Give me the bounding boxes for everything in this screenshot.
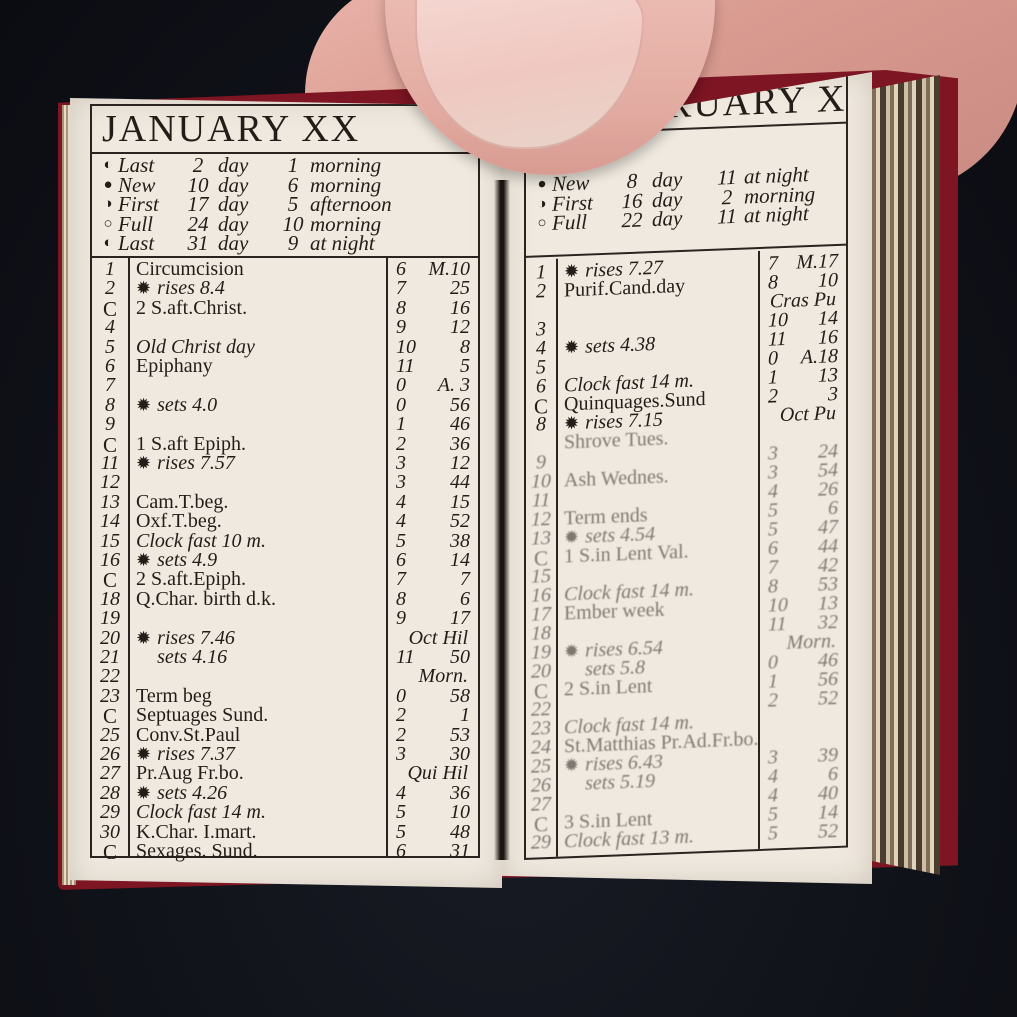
calendar-row: 18Q.Char. birth d.k.86 [92, 588, 478, 607]
calendar-row: 4912 [92, 316, 478, 335]
calendar-row: 14Oxf.T.beg.452 [92, 510, 478, 529]
sun-icon: ✹ [136, 453, 151, 473]
thumbnail [415, 0, 644, 149]
calendar-row: 23Term beg058 [92, 685, 478, 704]
phase-name: Full [552, 209, 612, 236]
calendar-row: 22Morn. [92, 665, 478, 684]
phase-hour: 9 [276, 231, 310, 256]
day-number: 29 [526, 831, 556, 855]
phase-day: 22 [612, 207, 652, 234]
calendar-row: 29Clock fast 14 m.510 [92, 801, 478, 820]
sun-icon: ✹ [136, 628, 151, 648]
calendar-row: 28✹sets 4.26436 [92, 782, 478, 801]
moon-hour: 5 [768, 822, 792, 846]
phase-day: 31 [178, 231, 218, 256]
full-moon-icon: ○ [532, 215, 552, 233]
moon-minute: 31 [450, 840, 470, 863]
january-moon-phases: ◐Last2day1morning●New10day6morning◑First… [92, 154, 478, 258]
sun-icon: ✹ [136, 395, 151, 415]
calendar-row: C1 S.aft Epiph.236 [92, 433, 478, 452]
january-title: JANUARY XX [92, 106, 478, 154]
sunday-marker: C [92, 840, 128, 865]
book-gutter [494, 180, 510, 860]
book-page-edges [862, 75, 940, 875]
calendar-row: 1Circumcision6M.10 [92, 258, 478, 277]
calendar-row: 12344 [92, 471, 478, 490]
calendar-row: 27Pr.Aug Fr.bo.Qui Hil [92, 762, 478, 781]
first-quarter-icon: ◑ [532, 196, 552, 214]
calendar-row: 26✹rises 7.37330 [92, 743, 478, 762]
calendar-row: 16✹sets 4.9614 [92, 549, 478, 568]
event-text: Clock fast 13 m. [564, 825, 694, 852]
sun-icon: ✹ [136, 550, 151, 570]
calendar-row: 8✹sets 4.0056 [92, 394, 478, 413]
february-calendar: 1✹rises 7.277M.172Purif.Cand.day810Cras … [526, 248, 846, 858]
january-frame: JANUARY XX ◐Last2day1morning●New10day6mo… [90, 104, 480, 858]
moon-phase-row: ◐Last31day9at night [92, 234, 478, 254]
calendar-row: 70A. 3 [92, 374, 478, 393]
phase-time: at night [310, 231, 375, 256]
new-moon-icon: ● [98, 177, 118, 194]
calendar-row: 2✹rises 8.4725 [92, 277, 478, 296]
calendar-row: C2 S.aft.Christ.816 [92, 297, 478, 316]
day-number [526, 432, 556, 433]
calendar-row: C2 S.aft.Epiph.77 [92, 568, 478, 587]
last-quarter-icon: ◐ [98, 235, 118, 252]
calendar-row: 30K.Char. I.mart.548 [92, 821, 478, 840]
day-number [526, 299, 556, 300]
calendar-row: CSexages. Sund.631 [92, 840, 478, 859]
calendar-row: 5Old Christ day108 [92, 336, 478, 355]
last-quarter-icon: ◐ [98, 157, 118, 174]
calendar-row: 19917 [92, 607, 478, 626]
calendar-row: 11✹rises 7.57312 [92, 452, 478, 471]
calendar-row: 21✹sets 4.161150 [92, 646, 478, 665]
new-moon-icon: ● [532, 176, 552, 194]
calendar-row: CSeptuages Sund.21 [92, 704, 478, 723]
calendar-event: Clock fast 13 m. [564, 825, 694, 853]
phase-day-word: day [652, 205, 710, 232]
page-january: JANUARY XX ◐Last2day1morning●New10day6mo… [70, 98, 502, 888]
sun-icon: ✹ [136, 278, 151, 298]
calendar-event: Sexages. Sund. [136, 840, 258, 863]
phase-time: at night [744, 201, 809, 228]
calendar-row: 15Clock fast 10 m.538 [92, 530, 478, 549]
calendar-row: 6Epiphany115 [92, 355, 478, 374]
photo-scene: JANUARY XX ◐Last2day1morning●New10day6mo… [0, 0, 1017, 1017]
sun-icon: ✹ [136, 744, 151, 764]
calendar-row: 9146 [92, 413, 478, 432]
january-calendar: 1Circumcision6M.102✹rises 8.4725C2 S.aft… [92, 256, 478, 856]
calendar-row: 20✹rises 7.46Oct Hil [92, 627, 478, 646]
full-moon-icon: ○ [98, 216, 118, 233]
event-text: Sexages. Sund. [136, 840, 258, 862]
first-quarter-icon: ◑ [98, 196, 118, 213]
sun-icon: ✹ [136, 783, 151, 803]
phase-day-word: day [218, 231, 276, 256]
phase-hour: 11 [710, 204, 744, 230]
moon-minute: 52 [818, 820, 838, 844]
moon-hour: 6 [396, 840, 420, 863]
calendar-row: 13Cam.T.beg.415 [92, 491, 478, 510]
page-february: RUARY XXIX ●New8day11at night◑First16day… [502, 72, 872, 884]
february-frame: RUARY XXIX ●New8day11at night◑First16day… [524, 74, 848, 860]
phase-name: Last [118, 231, 178, 256]
calendar-row: 25Conv.St.Paul253 [92, 724, 478, 743]
